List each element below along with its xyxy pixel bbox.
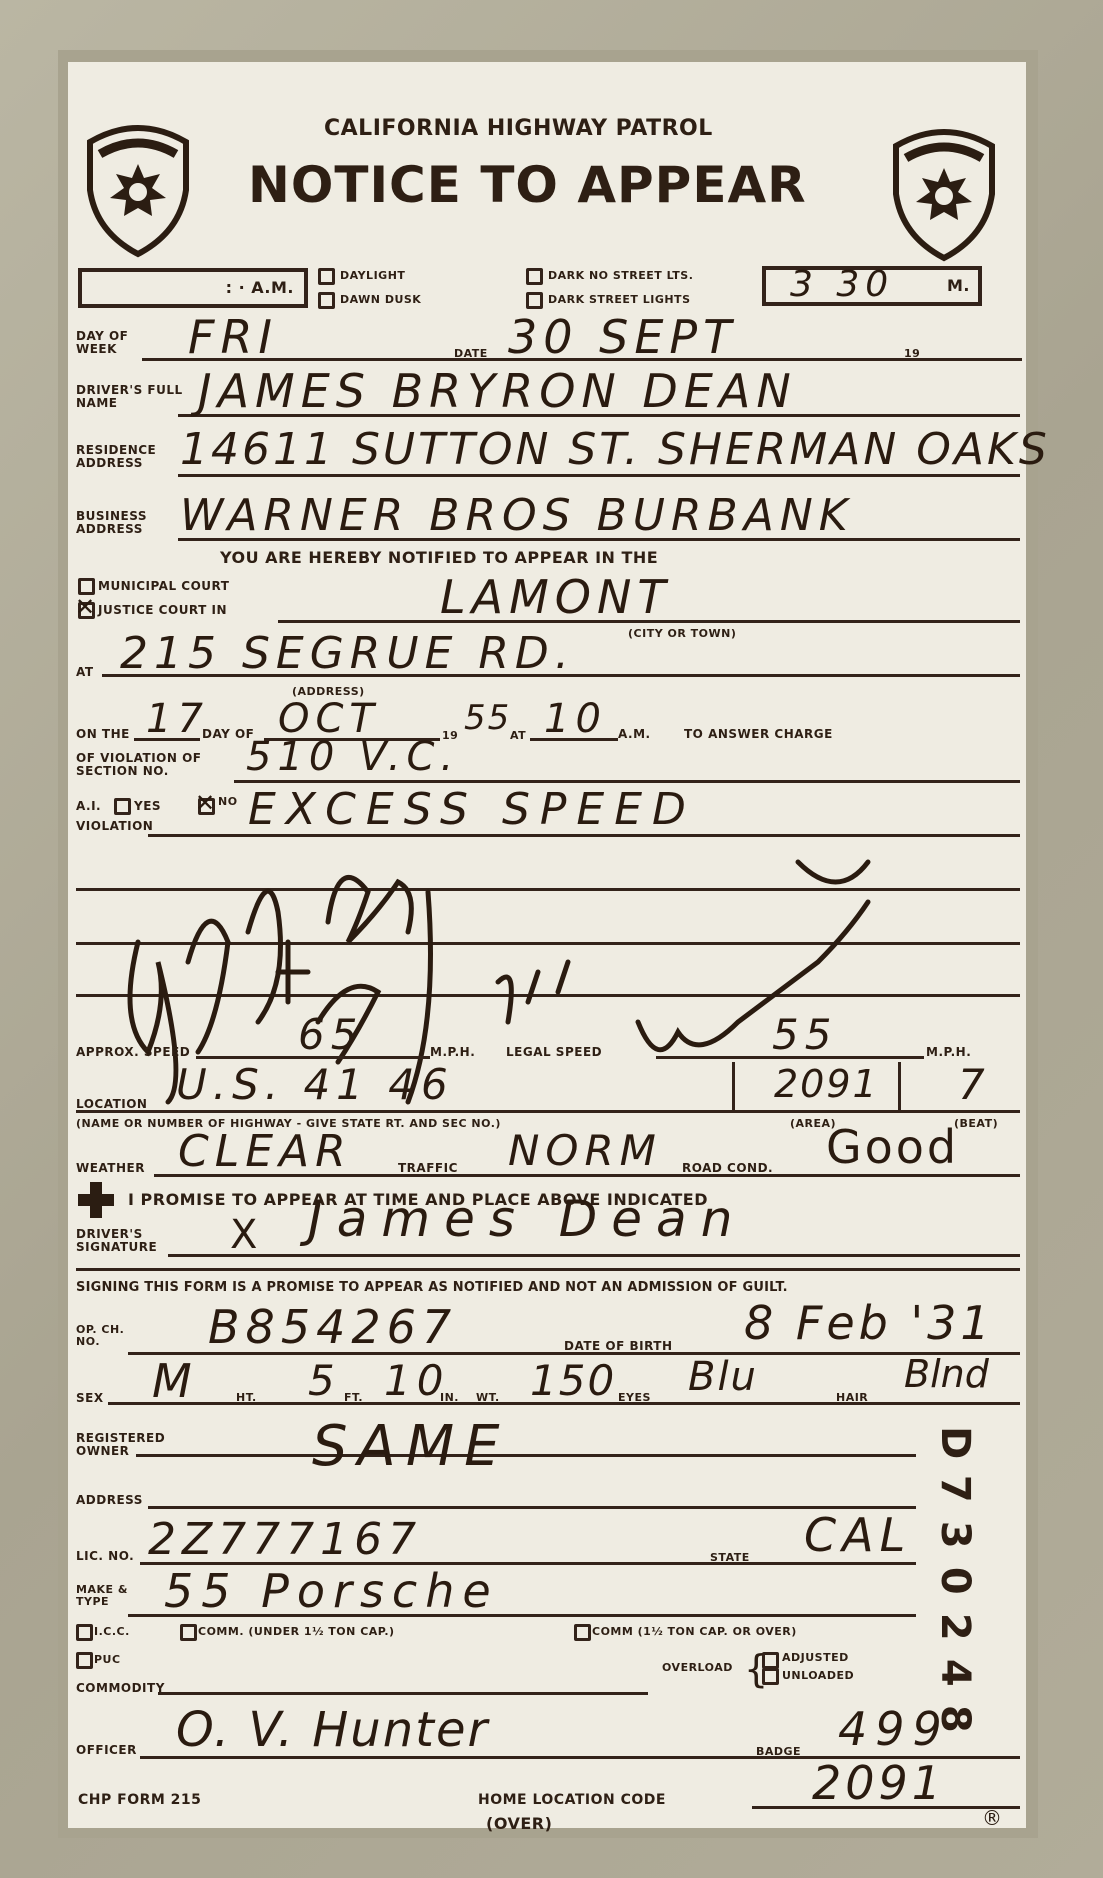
dark-no-street-lights-label: DARK NO STREET LTS. xyxy=(548,270,693,282)
appear-notice: YOU ARE HEREBY NOTIFIED TO APPEAR IN THE xyxy=(220,548,658,567)
on-the-label: ON THE xyxy=(76,728,130,741)
answer-charge-label: TO ANSWER CHARGE xyxy=(684,728,833,741)
citation-form: CALIFORNIA HIGHWAY PATROL NOTICE TO APPE… xyxy=(68,62,1026,1828)
mph-label-2: M.P.H. xyxy=(926,1046,971,1059)
over-label: (OVER) xyxy=(486,1814,552,1833)
comm-under-label: COMM. (UNDER 1½ TON CAP.) xyxy=(198,1626,395,1638)
drivers-name-label: DRIVER'S FULL NAME xyxy=(76,384,186,410)
dark-no-street-lights-checkbox[interactable] xyxy=(526,268,543,285)
signature-label: DRIVER'S SIGNATURE xyxy=(76,1228,186,1254)
approx-speed-value[interactable]: 65 xyxy=(298,1010,363,1059)
home-location-label: HOME LOCATION CODE xyxy=(478,1792,666,1808)
unloaded-checkbox[interactable] xyxy=(762,1668,779,1685)
ft-label: FT. xyxy=(344,1392,363,1404)
dark-street-lights-label: DARK STREET LIGHTS xyxy=(548,294,691,306)
make-type-value[interactable]: 55 Porsche xyxy=(164,1564,499,1618)
drivers-name-value[interactable]: JAMES BRYRON DEAN xyxy=(198,364,797,418)
officer-name-value[interactable]: O. V. Hunter xyxy=(176,1702,489,1758)
comm-over-label: COMM (1½ TON CAP. OR OVER) xyxy=(592,1626,797,1638)
date-label: DATE xyxy=(454,348,488,360)
signature-x: X xyxy=(230,1212,263,1258)
appear-year-value[interactable]: 55 xyxy=(464,698,511,738)
beat-caption: (BEAT) xyxy=(954,1118,998,1130)
year-label: 19 xyxy=(904,348,920,360)
pm-label: M. xyxy=(947,276,970,295)
puc-label: PUC xyxy=(94,1654,121,1666)
legal-speed-value[interactable]: 55 xyxy=(772,1010,837,1059)
adjusted-label: ADJUSTED xyxy=(782,1652,849,1664)
business-label: BUSINESS ADDRESS xyxy=(76,510,186,536)
registered-mark: ® xyxy=(982,1806,1002,1830)
form-title: NOTICE TO APPEAR xyxy=(248,156,807,214)
ai-yes-label: YES xyxy=(134,800,161,813)
icc-checkbox[interactable] xyxy=(76,1624,93,1641)
ai-yes-checkbox[interactable] xyxy=(114,798,131,815)
sex-label: SEX xyxy=(76,1392,104,1405)
justice-court-checkbox[interactable] xyxy=(78,602,95,619)
ai-no-checkbox[interactable] xyxy=(198,798,215,815)
date-value[interactable]: 30 SEPT xyxy=(508,310,737,364)
state-label: STATE xyxy=(710,1552,750,1564)
lic-no-label: LIC. NO. xyxy=(76,1550,134,1563)
appear-day-value[interactable]: 17 xyxy=(146,696,209,742)
in-label: IN. xyxy=(440,1392,459,1404)
puc-checkbox[interactable] xyxy=(76,1652,93,1669)
ht-ft-value[interactable]: 5 xyxy=(308,1356,341,1405)
daylight-checkbox[interactable] xyxy=(318,268,335,285)
municipal-court-label: MUNICIPAL COURT xyxy=(98,580,229,593)
road-cond-label: ROAD COND. xyxy=(682,1162,773,1175)
op-label: OP. CH. NO. xyxy=(76,1324,126,1348)
section-value[interactable]: 510 V.C. xyxy=(246,734,459,780)
icc-label: I.C.C. xyxy=(94,1626,130,1638)
comm-under-checkbox[interactable] xyxy=(180,1624,197,1641)
dawn-dusk-checkbox[interactable] xyxy=(318,292,335,309)
pm-time-value: 3 30 xyxy=(790,264,894,305)
at-time-label: AT xyxy=(510,730,526,742)
home-location-value[interactable]: 2091 xyxy=(812,1756,945,1810)
serial-number: D 7 3 0 2 4 8 xyxy=(930,1420,980,1742)
residence-value[interactable]: 14611 SUTTON ST. SHERMAN OAKS xyxy=(180,424,1050,475)
city-caption: (CITY OR TOWN) xyxy=(628,628,736,640)
dob-label: DATE OF BIRTH xyxy=(564,1340,673,1353)
chp-badge-icon-right xyxy=(886,124,1002,262)
agency-name: CALIFORNIA HIGHWAY PATROL xyxy=(324,116,713,141)
driver-signature[interactable]: James Dean xyxy=(308,1190,746,1248)
officer-label: OFFICER xyxy=(76,1744,137,1757)
hair-label: HAIR xyxy=(836,1392,868,1404)
eyes-label: EYES xyxy=(618,1392,651,1404)
court-city-value[interactable]: LAMONT xyxy=(440,570,672,624)
signing-disclaimer: SIGNING THIS FORM IS A PROMISE TO APPEAR… xyxy=(76,1280,788,1295)
at-label: AT xyxy=(76,666,94,679)
section-label: OF VIOLATION OF SECTION NO. xyxy=(76,752,246,778)
weather-label: WEATHER xyxy=(76,1162,145,1175)
justice-court-label: JUSTICE COURT IN xyxy=(98,604,227,617)
ht-label: HT. xyxy=(236,1392,257,1404)
cross-mark-icon xyxy=(78,1182,114,1222)
chp-badge-icon-left xyxy=(80,120,196,258)
wt-label: WT. xyxy=(476,1392,500,1404)
ai-label: A.I. xyxy=(76,800,101,813)
commodity-label: COMMODITY xyxy=(76,1682,165,1695)
business-value[interactable]: WARNER BROS BURBANK xyxy=(180,490,854,541)
dawn-dusk-label: DAWN DUSK xyxy=(340,294,421,306)
location-value[interactable]: U.S. 41 46 xyxy=(176,1060,454,1109)
approx-speed-label: APPROX. SPEED xyxy=(76,1046,190,1059)
pm-time-box[interactable]: 3 30 M. xyxy=(762,266,982,306)
eyes-value[interactable]: Blu xyxy=(688,1354,758,1400)
registered-owner-value[interactable]: SAME xyxy=(312,1414,510,1479)
state-value[interactable]: CAL xyxy=(804,1508,911,1562)
am-time-box[interactable]: : · A.M. xyxy=(78,268,308,308)
ai-no-label: NO xyxy=(218,796,238,808)
dob-value[interactable]: 8 Feb '31 xyxy=(744,1296,994,1350)
op-number-value[interactable]: B854267 xyxy=(208,1300,457,1354)
make-type-label: MAKE & TYPE xyxy=(76,1584,136,1608)
form-number: CHP FORM 215 xyxy=(78,1792,201,1808)
residence-label: RESIDENCE ADDRESS xyxy=(76,444,186,470)
badge-label: BADGE xyxy=(756,1746,801,1758)
wt-value[interactable]: 150 xyxy=(530,1356,616,1405)
hair-value[interactable]: Blnd xyxy=(904,1352,989,1396)
am-label: : · A.M. xyxy=(226,278,294,297)
legal-speed-label: LEGAL SPEED xyxy=(506,1046,602,1059)
unloaded-label: UNLOADED xyxy=(782,1670,854,1682)
beat-value[interactable]: 7 xyxy=(958,1060,991,1109)
owner-address-label: ADDRESS xyxy=(76,1494,143,1507)
daylight-label: DAYLIGHT xyxy=(340,270,405,282)
day-of-week-value[interactable]: FRI xyxy=(188,310,278,364)
appear-time-value[interactable]: 10 xyxy=(544,696,607,742)
traffic-value[interactable]: NORM xyxy=(508,1126,662,1175)
adjusted-checkbox[interactable] xyxy=(762,1652,779,1669)
overload-label: OVERLOAD xyxy=(662,1662,733,1674)
day-of-week-label: DAY OF WEEK xyxy=(76,330,136,356)
traffic-label: TRAFFIC xyxy=(398,1162,458,1175)
weather-value[interactable]: CLEAR xyxy=(178,1126,352,1177)
court-address-value[interactable]: 215 SEGRUE RD. xyxy=(120,628,575,679)
am-pm-label: A.M. xyxy=(618,728,651,741)
comm-over-checkbox[interactable] xyxy=(574,1624,591,1641)
area-value[interactable]: 2091 xyxy=(774,1062,879,1106)
dark-street-lights-checkbox[interactable] xyxy=(526,292,543,309)
road-cond-value[interactable]: Good xyxy=(826,1120,959,1174)
mph-label-1: M.P.H. xyxy=(430,1046,475,1059)
lic-no-value[interactable]: 2Z777167 xyxy=(148,1514,422,1565)
sex-value[interactable]: M xyxy=(152,1354,198,1408)
